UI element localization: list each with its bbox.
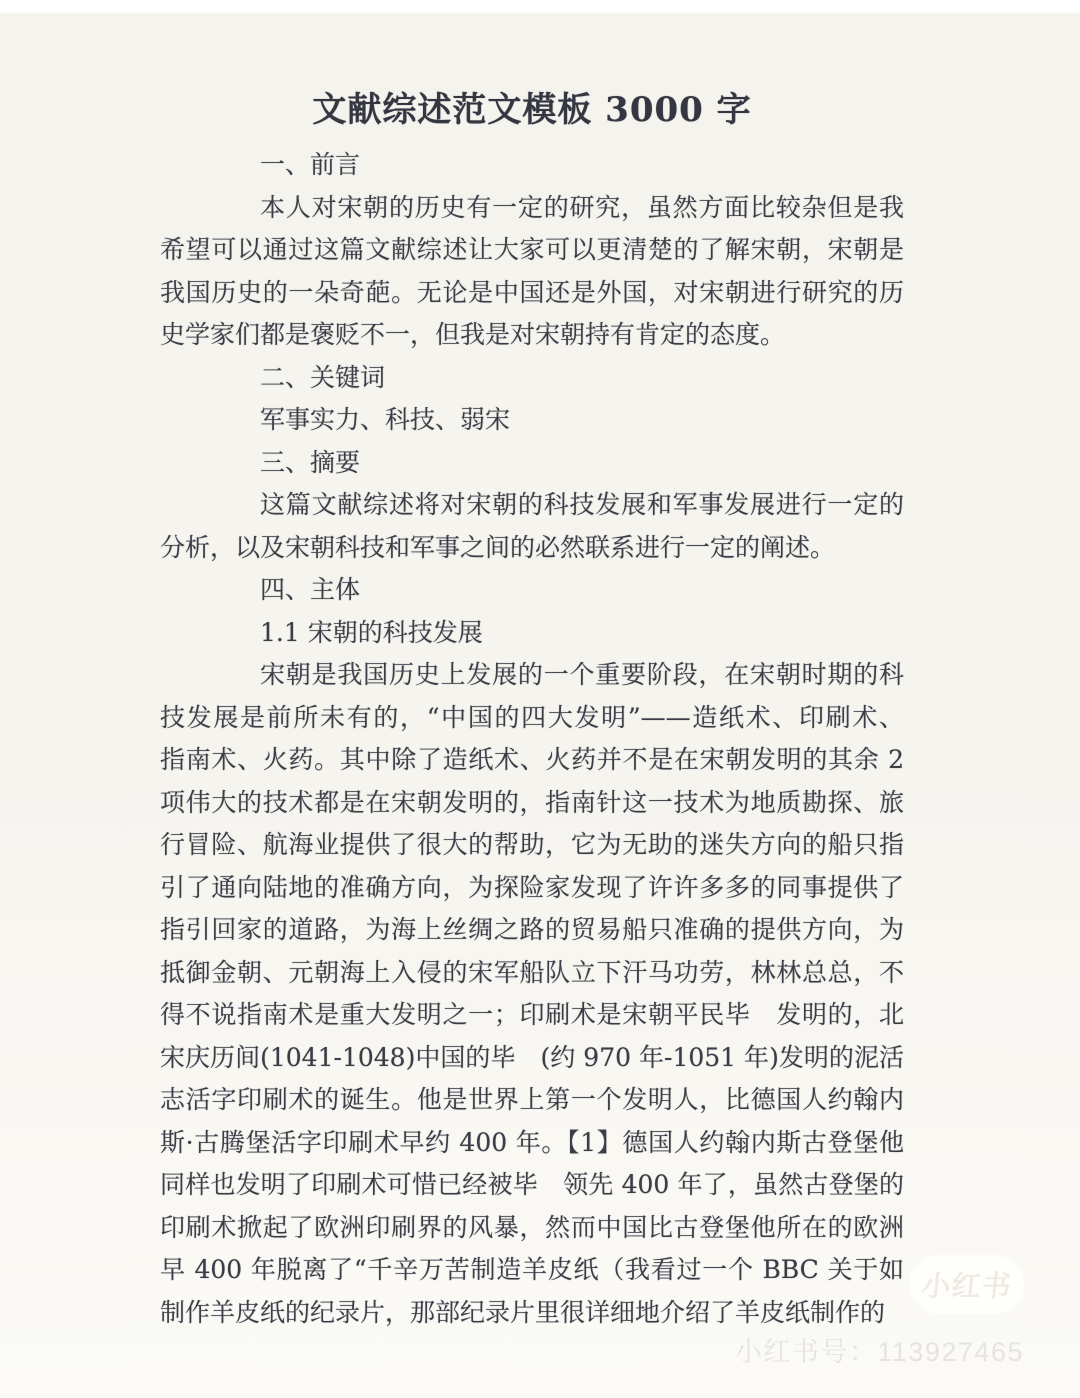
text-line: 这篇文献综述将对宋朝的科技发展和军事发展进行一定的 bbox=[160, 484, 904, 527]
text-line: 史学家们都是褒贬不一，但我是对宋朝持有肯定的态度。 bbox=[160, 314, 904, 357]
text-line: 制作羊皮纸的纪录片，那部纪录片里很详细地介绍了羊皮纸制作的 bbox=[160, 1292, 904, 1335]
document-page: 文献综述范文模板 3000 字 一、前言 本人对宋朝的历史有一定的研究，虽然方面… bbox=[160, 88, 904, 1334]
text-line: 宋朝是我国历史上发展的一个重要阶段，在宋朝时期的科 bbox=[160, 654, 904, 697]
xiaohongshu-id-watermark: 小红书号：113927465 bbox=[735, 1330, 1024, 1369]
text-line: 希望可以通过这篇文献综述让大家可以更清楚的了解宋朝，宋朝是 bbox=[160, 229, 904, 272]
text-line: 指南术、火药。其中除了造纸术、火药并不是在宋朝发明的其余 2 bbox=[160, 739, 904, 782]
subheading-song-tech: 1.1 宋朝的科技发展 bbox=[160, 612, 904, 655]
heading-main-body: 四、主体 bbox=[160, 569, 904, 612]
text-line: 抵御金朝、元朝海上入侵的宋军船队立下汗马功劳，林林总总，不 bbox=[160, 952, 904, 995]
text-line: 斯·古腾堡活字印刷术早约 400 年。【1】德国人约翰内斯古登堡他 bbox=[160, 1122, 904, 1165]
text-line: 引了通向陆地的准确方向，为探险家发现了许许多多的同事提供了 bbox=[160, 867, 904, 910]
text-line: 项伟大的技术都是在宋朝发明的，指南针这一技术为地质勘探、旅 bbox=[160, 782, 904, 825]
text-line: 宋庆历间(1041-1048)中国的毕 (约 970 年-1051 年)发明的泥… bbox=[160, 1037, 904, 1080]
keywords-line: 军事实力、科技、弱宋 bbox=[160, 399, 904, 442]
heading-preface: 一、前言 bbox=[160, 144, 904, 187]
text-line: 志活字印刷术的诞生。他是世界上第一个发明人，比德国人约翰内 bbox=[160, 1079, 904, 1122]
text-line: 得不说指南术是重大发明之一；印刷术是宋朝平民毕 发明的，北 bbox=[160, 994, 904, 1037]
heading-keywords: 二、关键词 bbox=[160, 357, 904, 400]
xiaohongshu-logo-badge: 小红书 bbox=[910, 1256, 1024, 1313]
text-line: 早 400 年脱离了“千辛万苦制造羊皮纸（我看过一个 BBC 关于如何 bbox=[160, 1249, 904, 1292]
document-title: 文献综述范文模板 3000 字 bbox=[160, 88, 904, 132]
text-line: 行冒险、航海业提供了很大的帮助，它为无助的迷失方向的船只指 bbox=[160, 824, 904, 867]
text-line: 我国历史的一朵奇葩。无论是中国还是外国，对宋朝进行研究的历 bbox=[160, 272, 904, 315]
text-line: 分析，以及宋朝科技和军事之间的必然联系进行一定的阐述。 bbox=[160, 527, 904, 570]
text-line: 同样也发明了印刷术可惜已经被毕 领先 400 年了，虽然古登堡的 bbox=[160, 1164, 904, 1207]
text-line: 技发展是前所未有的，“中国的四大发明”——造纸术、印刷术、 bbox=[160, 697, 904, 740]
text-line: 指引回家的道路，为海上丝绸之路的贸易船只准确的提供方向，为 bbox=[160, 909, 904, 952]
heading-abstract: 三、摘要 bbox=[160, 442, 904, 485]
xiaohongshu-logo-text: 小红书 bbox=[920, 1264, 1014, 1305]
text-line: 本人对宋朝的历史有一定的研究，虽然方面比较杂但是我 bbox=[160, 187, 904, 230]
text-line: 印刷术掀起了欧洲印刷界的风暴，然而中国比古登堡他所在的欧洲 bbox=[160, 1207, 904, 1250]
